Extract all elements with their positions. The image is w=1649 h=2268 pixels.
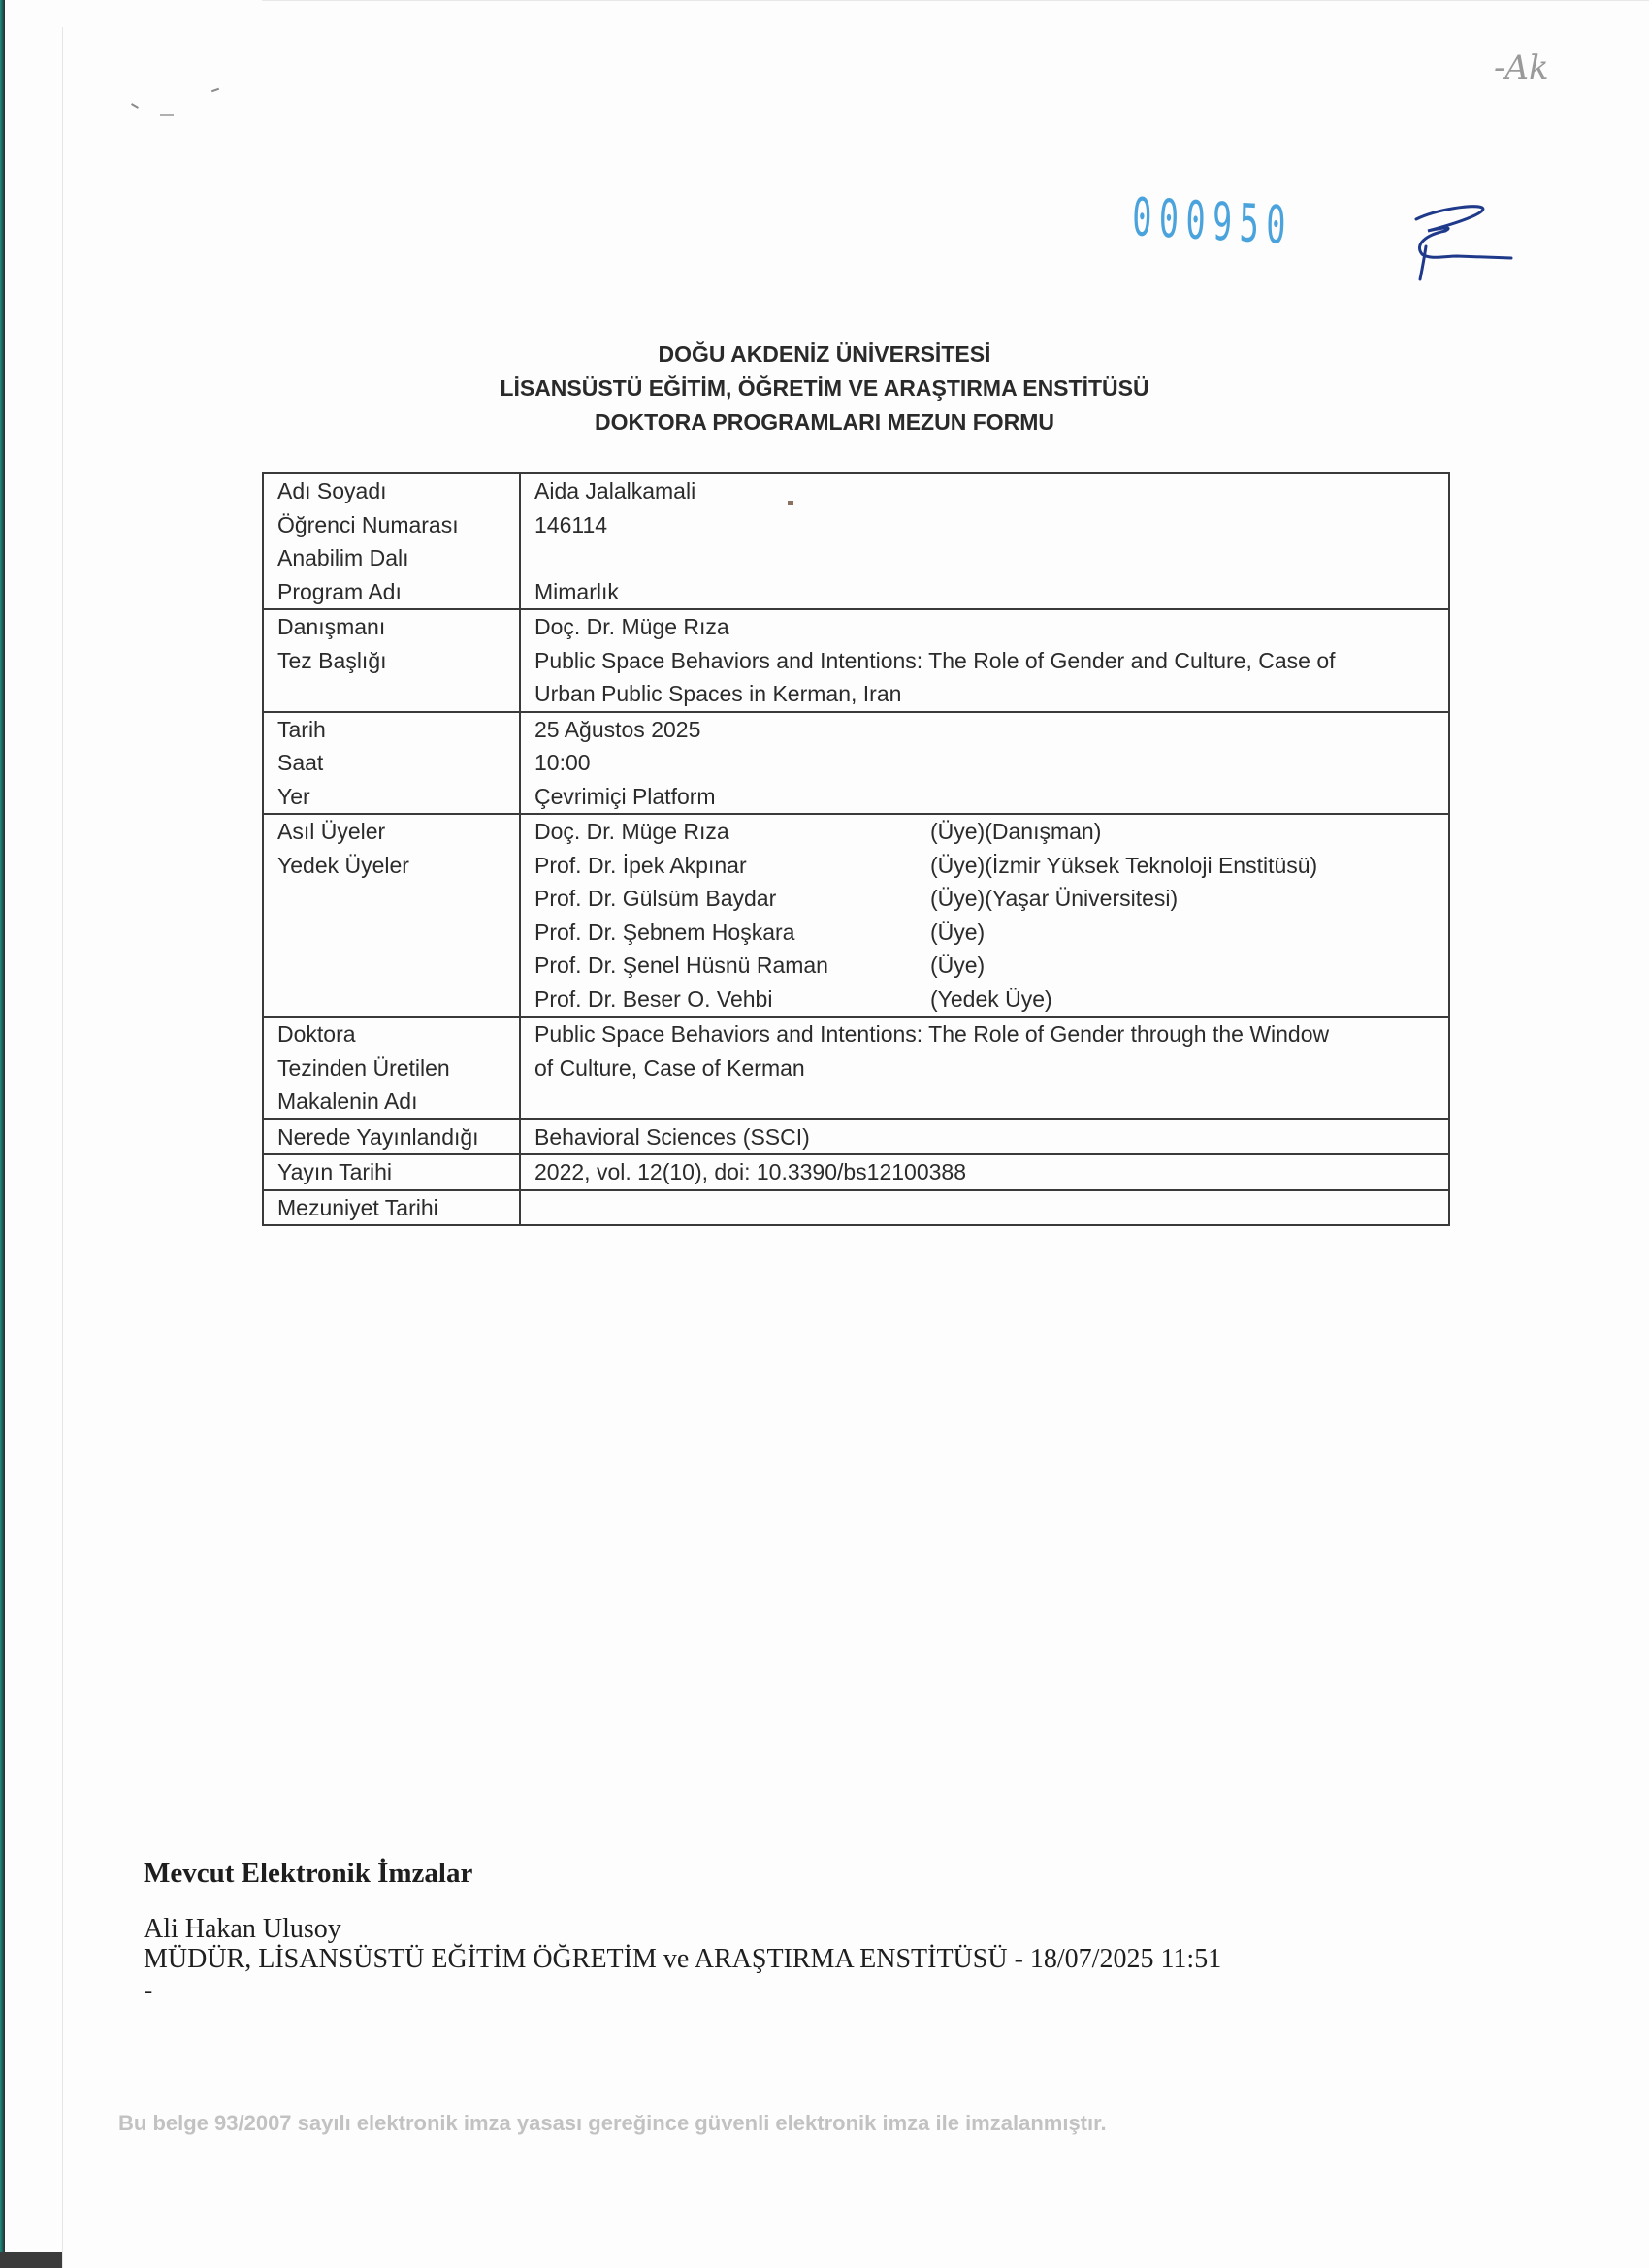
scan-speck bbox=[211, 88, 219, 93]
signature-trailing-dash: - bbox=[144, 1975, 1221, 2006]
institute-name: LİSANSÜSTÜ EĞİTİM, ÖĞRETİM VE ARAŞTIRMA … bbox=[0, 372, 1649, 405]
member-name: Doç. Dr. Müge Rıza bbox=[534, 815, 930, 849]
electronic-signatures: Mevcut Elektronik İmzalar Ali Hakan Ulus… bbox=[144, 1855, 1221, 2006]
university-name: DOĞU AKDENİZ ÜNİVERSİTESİ bbox=[0, 338, 1649, 372]
committee-member: Doç. Dr. Müge Rıza (Üye)(Danışman) bbox=[534, 815, 1435, 849]
label-article-3: Makalenin Adı bbox=[277, 1085, 505, 1118]
label-name: Adı Soyadı bbox=[277, 474, 505, 508]
defense-row: Tarih Saat Yer 25 Ağustos 2025 10:00 Çev… bbox=[263, 712, 1449, 815]
label-publication-date: Yayın Tarihi bbox=[263, 1154, 520, 1190]
member-role: (Üye)(İzmir Yüksek Teknoloji Enstitüsü) bbox=[930, 849, 1317, 883]
member-name: Prof. Dr. İpek Akpınar bbox=[534, 849, 930, 883]
label-publication-date-text: Yayın Tarihi bbox=[277, 1155, 505, 1189]
thesis-values: Doç. Dr. Müge Rıza Public Space Behavior… bbox=[520, 609, 1449, 712]
committee-member: Prof. Dr. Beser O. Vehbi (Yedek Üye) bbox=[534, 983, 1435, 1017]
initials-underline bbox=[1499, 81, 1588, 81]
published-in-row: Nerede Yayınlandığı Behavioral Sciences … bbox=[263, 1119, 1449, 1155]
defense-labels: Tarih Saat Yer bbox=[263, 712, 520, 815]
student-info-values: Aida Jalalkamali 146114 Mimarlık bbox=[520, 473, 1449, 609]
committee-members: Doç. Dr. Müge Rıza (Üye)(Danışman) Prof.… bbox=[520, 814, 1449, 1017]
label-program: Program Adı bbox=[277, 575, 505, 609]
signer-role: MÜDÜR, LİSANSÜSTÜ EĞİTİM ÖĞRETİM ve ARAŞ… bbox=[144, 1944, 1221, 1975]
graduation-date-row: Mezuniyet Tarihi bbox=[263, 1190, 1449, 1226]
scan-speck bbox=[131, 103, 139, 109]
member-role: (Üye) bbox=[930, 916, 985, 950]
thesis-row: Danışmanı Tez Başlığı Doç. Dr. Müge Rıza… bbox=[263, 609, 1449, 712]
value-advisor: Doç. Dr. Müge Rıza bbox=[534, 610, 1435, 644]
value-date: 25 Ağustos 2025 bbox=[534, 713, 1435, 747]
label-published-in: Nerede Yayınlandığı bbox=[263, 1119, 520, 1155]
student-info-labels: Adı Soyadı Öğrenci Numarası Anabilim Dal… bbox=[263, 473, 520, 609]
value-department bbox=[534, 541, 1435, 575]
member-name: Prof. Dr. Şebnem Hoşkara bbox=[534, 916, 930, 950]
member-role: (Üye)(Danışman) bbox=[930, 815, 1101, 849]
value-time: 10:00 bbox=[534, 746, 1435, 780]
label-department: Anabilim Dalı bbox=[277, 541, 505, 575]
scan-top-edge bbox=[262, 0, 1649, 1]
handwritten-initials: -Ak bbox=[1494, 49, 1549, 87]
value-article-title-line1: Public Space Behaviors and Intentions: T… bbox=[534, 1018, 1435, 1052]
value-thesis-title-line1: Public Space Behaviors and Intentions: T… bbox=[534, 644, 1435, 678]
committee-member: Prof. Dr. İpek Akpınar (Üye)(İzmir Yükse… bbox=[534, 849, 1435, 883]
committee-labels: Asıl Üyeler Yedek Üyeler bbox=[263, 814, 520, 1017]
label-article-1: Doktora bbox=[277, 1018, 505, 1052]
student-info-row: Adı Soyadı Öğrenci Numarası Anabilim Dal… bbox=[263, 473, 1449, 609]
member-name: Prof. Dr. Beser O. Vehbi bbox=[534, 983, 930, 1017]
label-article-2: Tezinden Üretilen bbox=[277, 1052, 505, 1085]
document-header: DOĞU AKDENİZ ÜNİVERSİTESİ LİSANSÜSTÜ EĞİ… bbox=[0, 338, 1649, 439]
member-role: (Üye) bbox=[930, 949, 985, 983]
member-role: (Yedek Üye) bbox=[930, 983, 1052, 1017]
registry-stamp-number: 000950 bbox=[1132, 186, 1294, 256]
value-graduation-date bbox=[520, 1190, 1449, 1226]
value-publication-date: 2022, vol. 12(10), doi: 10.3390/bs121003… bbox=[520, 1154, 1449, 1190]
value-publication-date-text: 2022, vol. 12(10), doi: 10.3390/bs121003… bbox=[534, 1155, 1435, 1189]
label-thesis-title: Tez Başlığı bbox=[277, 644, 505, 678]
scan-speck bbox=[160, 114, 174, 116]
thesis-labels: Danışmanı Tez Başlığı bbox=[263, 609, 520, 712]
value-student-number: 146114 bbox=[534, 508, 1435, 542]
publication-date-row: Yayın Tarihi 2022, vol. 12(10), doi: 10.… bbox=[263, 1154, 1449, 1190]
value-place: Çevrimiçi Platform bbox=[534, 780, 1435, 814]
label-main-members: Asıl Üyeler bbox=[277, 815, 505, 849]
value-thesis-title-line2: Urban Public Spaces in Kerman, Iran bbox=[534, 677, 1435, 711]
member-role: (Üye)(Yaşar Üniversitesi) bbox=[930, 882, 1178, 916]
label-place: Yer bbox=[277, 780, 505, 814]
form-title: DOKTORA PROGRAMLARI MEZUN FORMU bbox=[0, 405, 1649, 439]
label-date: Tarih bbox=[277, 713, 505, 747]
label-substitute-members: Yedek Üyeler bbox=[277, 849, 505, 883]
value-published-in: Behavioral Sciences (SSCI) bbox=[520, 1119, 1449, 1155]
value-published-in-text: Behavioral Sciences (SSCI) bbox=[534, 1120, 1435, 1154]
label-published-in-text: Nerede Yayınlandığı bbox=[277, 1120, 505, 1154]
article-row: Doktora Tezinden Üretilen Makalenin Adı … bbox=[263, 1017, 1449, 1119]
value-article-title-line2: of Culture, Case of Kerman bbox=[534, 1052, 1435, 1085]
value-graduation-date-text bbox=[534, 1191, 1435, 1225]
label-student-number: Öğrenci Numarası bbox=[277, 508, 505, 542]
graduate-form-table: Adı Soyadı Öğrenci Numarası Anabilim Dal… bbox=[262, 472, 1450, 1226]
committee-row: Asıl Üyeler Yedek Üyeler Doç. Dr. Müge R… bbox=[263, 814, 1449, 1017]
signer-name: Ali Hakan Ulusoy bbox=[144, 1915, 1221, 1944]
committee-member: Prof. Dr. Gülsüm Baydar (Üye)(Yaşar Üniv… bbox=[534, 882, 1435, 916]
committee-member: Prof. Dr. Şebnem Hoşkara (Üye) bbox=[534, 916, 1435, 950]
member-name: Prof. Dr. Şenel Hüsnü Raman bbox=[534, 949, 930, 983]
member-name: Prof. Dr. Gülsüm Baydar bbox=[534, 882, 930, 916]
label-graduation-date-text: Mezuniyet Tarihi bbox=[277, 1191, 505, 1225]
defense-values: 25 Ağustos 2025 10:00 Çevrimiçi Platform bbox=[520, 712, 1449, 815]
article-values: Public Space Behaviors and Intentions: T… bbox=[520, 1017, 1449, 1119]
scan-corner-shadow bbox=[0, 2252, 62, 2268]
label-time: Saat bbox=[277, 746, 505, 780]
label-advisor: Danışmanı bbox=[277, 610, 505, 644]
value-program: Mimarlık bbox=[534, 575, 1435, 609]
committee-member: Prof. Dr. Şenel Hüsnü Raman (Üye) bbox=[534, 949, 1435, 983]
article-labels: Doktora Tezinden Üretilen Makalenin Adı bbox=[263, 1017, 520, 1119]
handwritten-signature-icon bbox=[1406, 202, 1513, 289]
signatures-title: Mevcut Elektronik İmzalar bbox=[144, 1855, 1221, 1892]
footer-note: Bu belge 93/2007 sayılı elektronik imza … bbox=[118, 2111, 1107, 2136]
value-name: Aida Jalalkamali bbox=[534, 474, 1435, 508]
label-graduation-date: Mezuniyet Tarihi bbox=[263, 1190, 520, 1226]
